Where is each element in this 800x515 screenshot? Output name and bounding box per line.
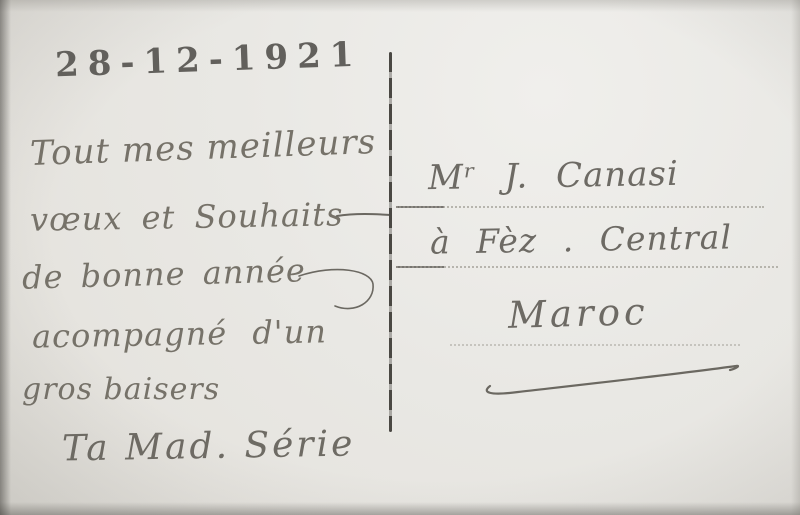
flourish-loop bbox=[295, 262, 380, 322]
message-line: de bonne année bbox=[22, 251, 307, 296]
address-location: à Fèz . Central bbox=[430, 217, 733, 261]
message-line: Tout mes meilleurs bbox=[29, 122, 376, 174]
message-line: gros baisers bbox=[22, 372, 220, 407]
handwritten-date: 28-12-1921 bbox=[54, 35, 363, 86]
signature: Ta Mad. Série bbox=[62, 423, 356, 469]
address-rule-line bbox=[396, 266, 778, 268]
message-line: acompagné d'un bbox=[32, 312, 327, 355]
address-country: Maroc bbox=[507, 290, 649, 337]
message-line: vœux et Souhaits bbox=[30, 195, 344, 238]
divider-line bbox=[389, 52, 392, 432]
address-recipient: Mʳ J. Canasi bbox=[428, 154, 679, 198]
address-rule-line bbox=[450, 344, 740, 346]
postcard-scan: 28-12-1921 Tout mes meilleurs vœux et So… bbox=[0, 0, 800, 515]
address-rule-line bbox=[396, 206, 764, 208]
flourish-underline bbox=[478, 358, 748, 398]
pen-dash-stroke bbox=[335, 208, 393, 222]
